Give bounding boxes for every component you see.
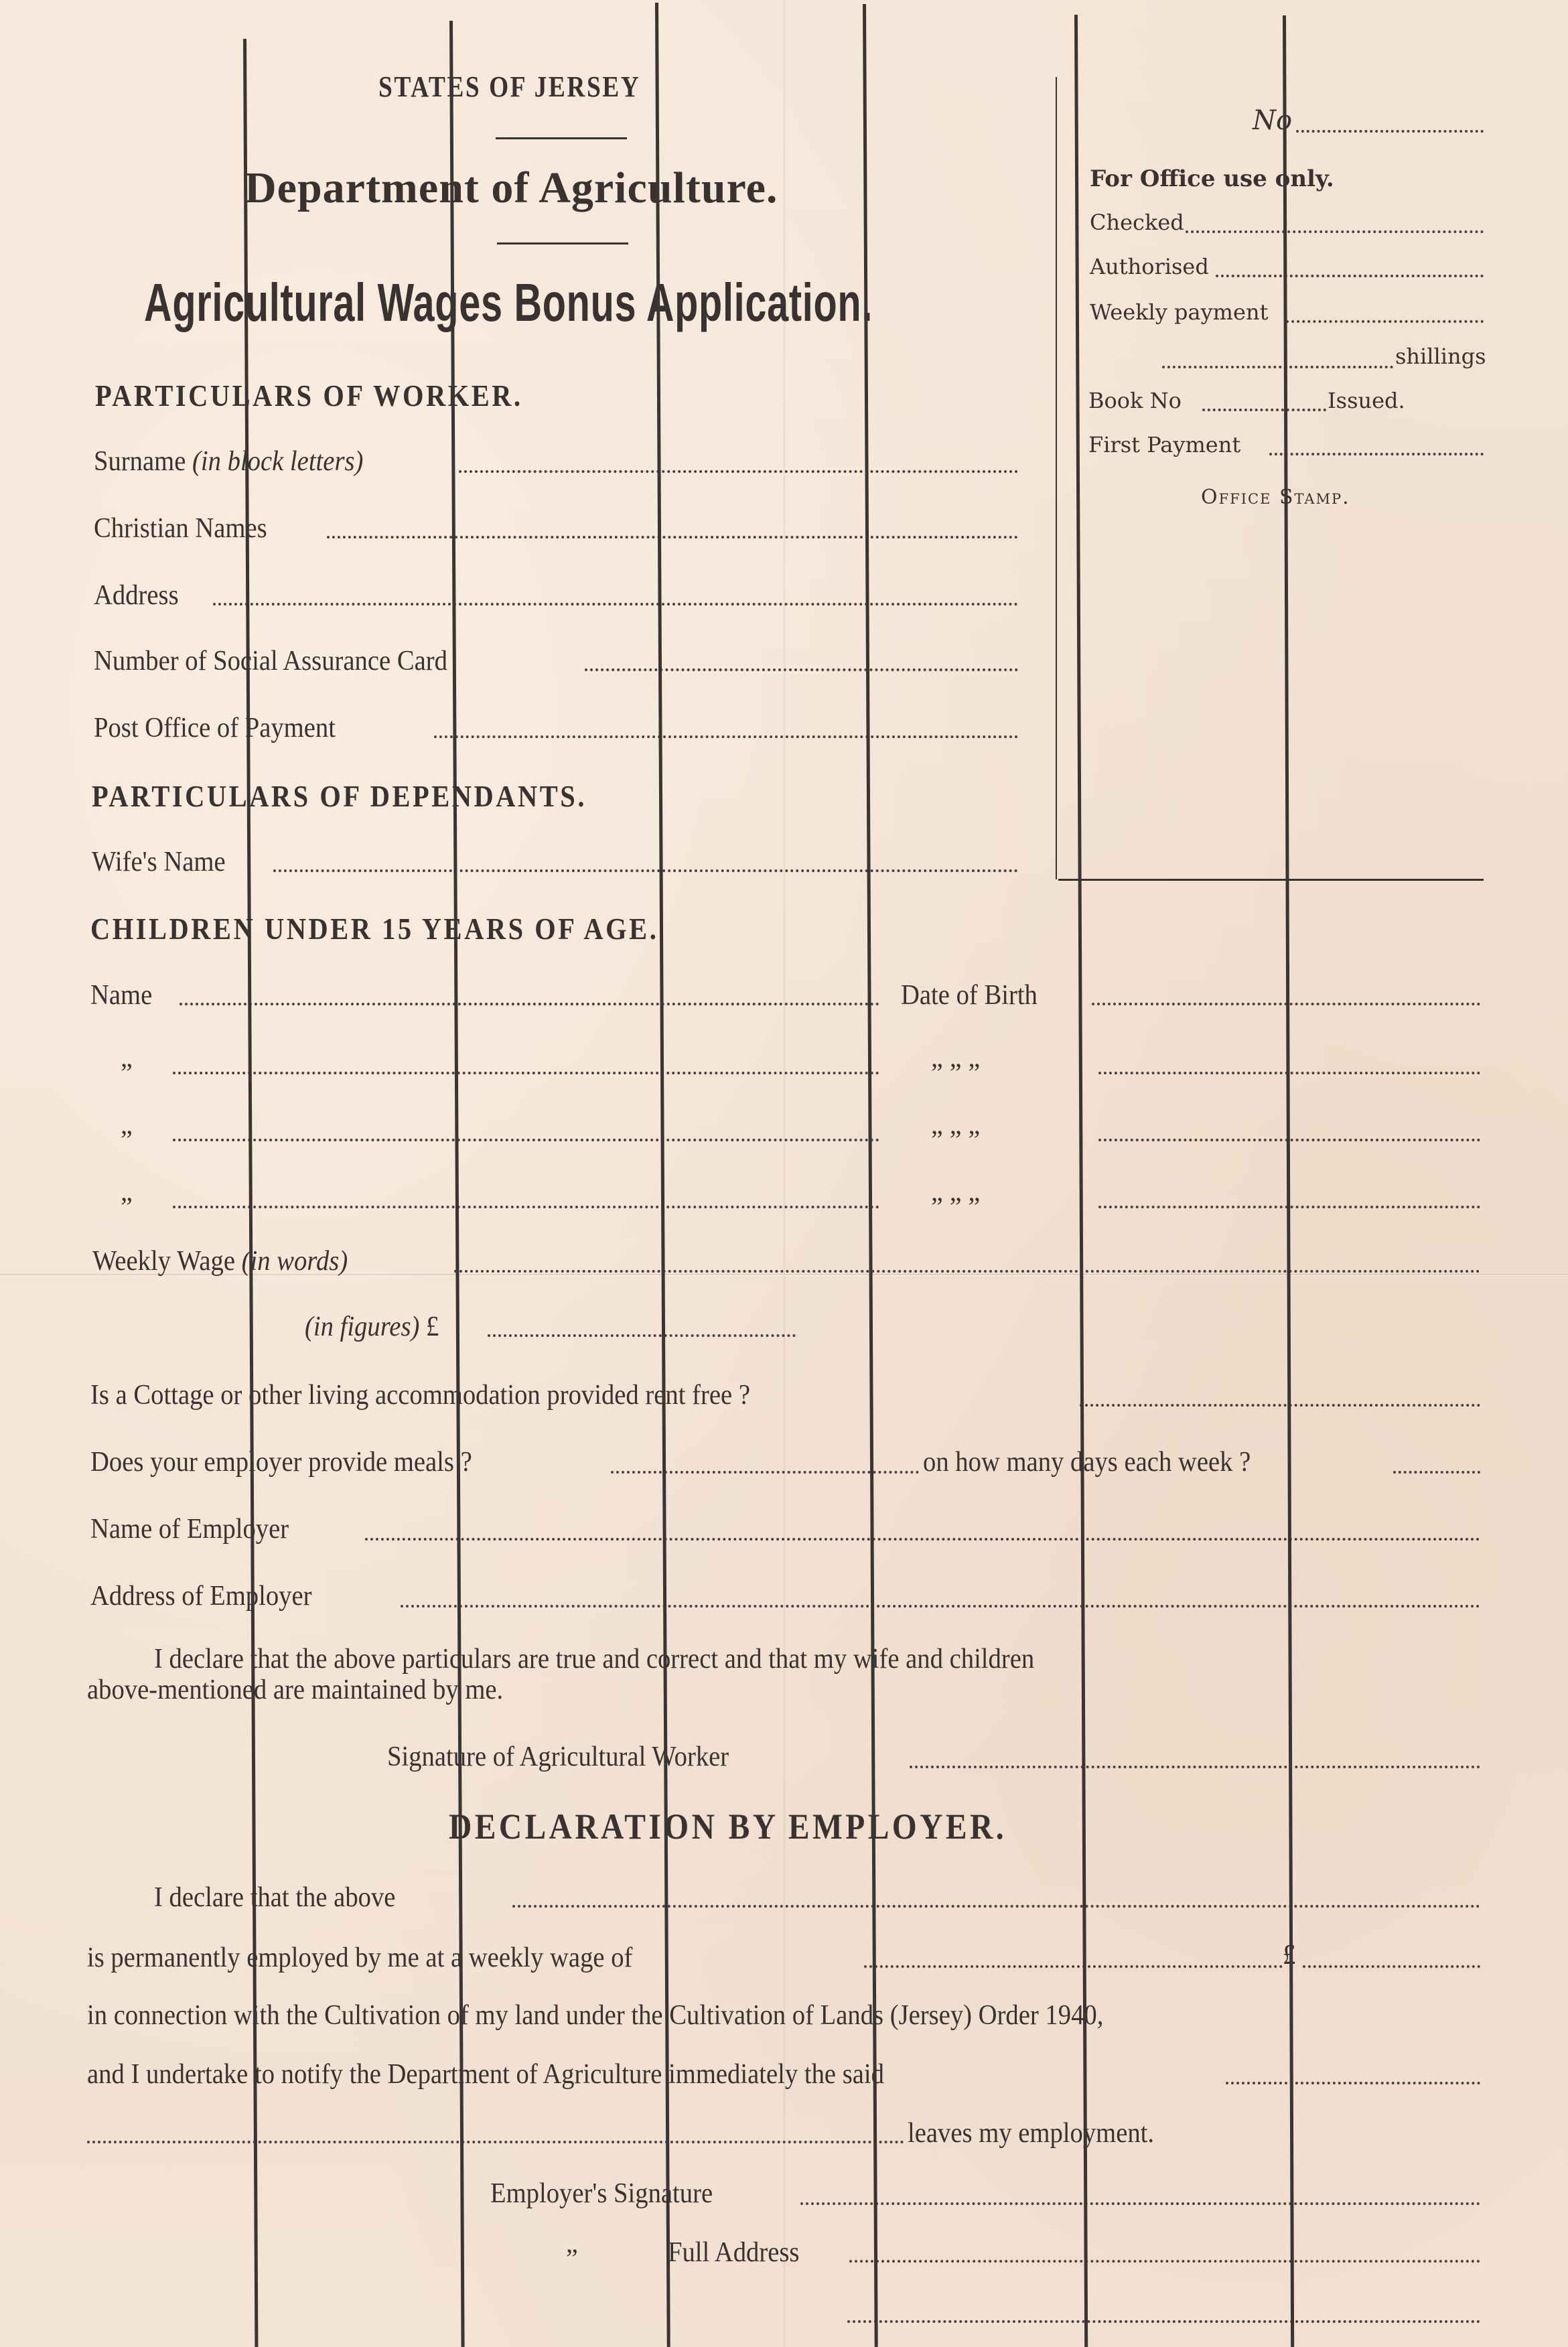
weekly-payment-field[interactable] <box>1286 320 1484 323</box>
social-assurance-label: Number of Social Assurance Card <box>94 647 447 675</box>
surname-field[interactable] <box>459 470 1018 473</box>
form-page: STATES OF JERSEY Department of Agricultu… <box>0 0 1568 2347</box>
wife-name-field[interactable] <box>273 869 1018 872</box>
christian-names-label: Christian Names <box>94 514 267 543</box>
vertical-rule-5 <box>1074 15 1088 2347</box>
child-name-field-2[interactable] <box>173 1072 879 1074</box>
child-name-label: Name <box>90 981 152 1009</box>
employer-declaration-line4: and I undertake to notify the Department… <box>87 2060 884 2088</box>
dependants-section-heading: PARTICULARS OF DEPENDANTS. <box>92 781 587 812</box>
employer-declaration-line2: is permanently employed by me at a weekl… <box>87 1944 632 1972</box>
ditto-employer: ” <box>566 2245 578 2272</box>
employee-name-field[interactable] <box>512 1905 1480 1908</box>
weekly-wage-words-hint: (in words) <box>242 1246 348 1277</box>
shillings-label: shillings <box>1395 346 1486 367</box>
book-no-label: Book No <box>1088 390 1182 411</box>
book-no-field[interactable] <box>1202 409 1326 411</box>
shillings-field[interactable] <box>1162 366 1393 368</box>
authorised-field[interactable] <box>1216 275 1484 277</box>
pound-sign: £ <box>426 1311 439 1342</box>
christian-names-field[interactable] <box>327 536 1018 539</box>
employer-address-field[interactable] <box>401 1605 1480 1608</box>
worker-declaration-line2: above-mentioned are maintained by me. <box>87 1676 503 1704</box>
header-rule-bottom <box>497 242 628 244</box>
cottage-answer-field[interactable] <box>1080 1404 1480 1407</box>
vertical-rule-3 <box>655 3 670 2347</box>
ditto-name-2: ” <box>121 1060 133 1086</box>
weekly-payment-label: Weekly payment <box>1090 301 1268 323</box>
office-box-border-bottom <box>1058 879 1484 881</box>
employer-name-label: Name of Employer <box>90 1515 289 1543</box>
office-box-border-left <box>1056 77 1057 879</box>
employer-declaration-heading: DECLARATION BY EMPLOYER. <box>449 1808 1007 1845</box>
worker-declaration-line1: I declare that the above particulars are… <box>154 1645 1034 1673</box>
checked-field[interactable] <box>1186 230 1484 233</box>
header-rule-top <box>496 137 627 139</box>
vertical-rule-4 <box>863 4 878 2347</box>
social-assurance-field[interactable] <box>585 668 1018 671</box>
post-office-field[interactable] <box>434 735 1018 738</box>
issued-label: Issued. <box>1328 390 1405 411</box>
meals-question-label: Does your employer provide meals ? <box>90 1448 472 1476</box>
weekly-wage-figures-field[interactable] <box>488 1334 796 1337</box>
first-payment-label: First Payment <box>1088 434 1240 455</box>
ditto-name-3: ” <box>121 1127 133 1153</box>
employee-name-repeat-field[interactable] <box>1226 2082 1480 2084</box>
authorised-label: Authorised <box>1090 256 1209 277</box>
office-use-heading: For Office use only. <box>1090 167 1334 190</box>
employer-full-address-field[interactable] <box>849 2260 1480 2263</box>
wife-name-label: Wife's Name <box>92 848 226 876</box>
employer-address-label: Address of Employer <box>90 1582 312 1610</box>
employer-declaration-line3: in connection with the Cultivation of my… <box>87 2001 1103 2030</box>
checked-label: Checked <box>1090 212 1184 233</box>
worker-signature-label: Signature of Agricultural Worker <box>387 1743 729 1771</box>
form-title: Agricultural Wages Bonus Application. <box>144 276 873 330</box>
employer-wage-field[interactable] <box>864 1965 1283 1968</box>
address-field[interactable] <box>213 603 1018 606</box>
employer-name-field[interactable] <box>365 1538 1480 1541</box>
address-label: Address <box>94 581 179 610</box>
employer-declaration-line1: I declare that the above <box>154 1883 395 1912</box>
ditto-name-4: ” <box>121 1194 133 1220</box>
employee-name-continuation-field[interactable] <box>87 2141 904 2143</box>
weekly-wage-words-field[interactable] <box>454 1270 1480 1273</box>
government-title: STATES OF JERSEY <box>378 72 640 102</box>
ditto-dob-3: ” ” ” <box>931 1127 980 1153</box>
office-stamp-label: Office Stamp. <box>1201 488 1350 508</box>
department-title: Department of Agriculture. <box>244 166 778 210</box>
children-section-heading: CHILDREN UNDER 15 YEARS OF AGE. <box>90 914 658 944</box>
weekly-wage-label: Weekly Wage (in words) <box>92 1247 348 1275</box>
meals-days-field[interactable] <box>1393 1471 1480 1474</box>
surname-label: Surname (in block letters) <box>94 447 363 476</box>
cottage-question-label: Is a Cottage or other living accommodati… <box>90 1381 750 1409</box>
post-office-label: Post Office of Payment <box>94 714 336 742</box>
paper-fold-vertical <box>784 0 785 2347</box>
employer-signature-field[interactable] <box>800 2202 1480 2205</box>
employer-declaration-line5: leaves my employment. <box>908 2119 1154 2147</box>
employer-full-address-field-2[interactable] <box>847 2320 1480 2323</box>
meals-days-label: on how many days each week ? <box>923 1448 1251 1476</box>
employer-address-label: Full Address <box>668 2238 799 2267</box>
employer-wage-pence-field[interactable] <box>1303 1965 1480 1968</box>
worker-signature-field[interactable] <box>910 1766 1480 1768</box>
surname-hint: (in block letters) <box>192 446 363 477</box>
worker-section-heading: PARTICULARS OF WORKER. <box>95 380 523 411</box>
child-name-field-1[interactable] <box>180 1003 879 1005</box>
ditto-dob-2: ” ” ” <box>931 1060 980 1086</box>
child-name-field-3[interactable] <box>173 1139 879 1141</box>
vertical-rule-2 <box>449 21 465 2347</box>
first-payment-field[interactable] <box>1269 453 1484 455</box>
child-name-field-4[interactable] <box>173 1206 879 1208</box>
employer-signature-label: Employer's Signature <box>490 2180 713 2208</box>
child-dob-label: Date of Birth <box>901 981 1038 1009</box>
weekly-wage-figures-label: (in figures) £ <box>305 1313 439 1341</box>
application-number-field[interactable] <box>1296 130 1484 133</box>
ditto-dob-4: ” ” ” <box>931 1194 980 1220</box>
